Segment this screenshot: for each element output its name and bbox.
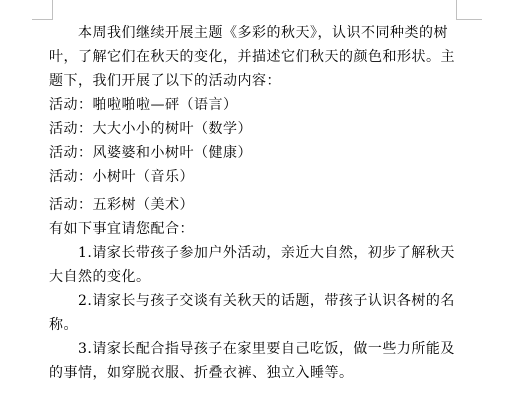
text-line[interactable]: 活动：小树叶（音乐）	[49, 165, 459, 189]
text-line[interactable]: 叶，了解它们在秋天的变化，并描述它们秋天的颜色和形状。主	[49, 45, 459, 69]
text-line[interactable]: 3.请家长配合指导孩子在家里要自己吃饭，做一些力所能及	[49, 337, 459, 361]
text-line[interactable]: 活动：大大小小的树叶（数学）	[49, 117, 459, 141]
text-line[interactable]: 称。	[49, 313, 459, 337]
text-line[interactable]: 有如下事宜请您配合：	[49, 217, 459, 241]
text-line[interactable]: 2.请家长与孩子交谈有关秋天的话题，带孩子认识各树的名	[49, 289, 459, 313]
text-line[interactable]: 活动：风婆婆和小树叶（健康）	[49, 141, 459, 165]
text-boundary-mark-top-right	[456, 0, 482, 20]
text-line[interactable]: 大自然的变化。	[49, 265, 459, 289]
text-line[interactable]: 活动：啪啦啪啦—砰（语言）	[49, 93, 459, 117]
text-line[interactable]: 1.请家长带孩子参加户外活动，亲近大自然，初步了解秋天	[49, 241, 459, 265]
document-page: 本周我们继续开展主题《多彩的秋天》，认识不同种类的树叶，了解它们在秋天的变化，并…	[0, 0, 508, 396]
document-text-area[interactable]: 本周我们继续开展主题《多彩的秋天》，认识不同种类的树叶，了解它们在秋天的变化，并…	[49, 21, 459, 385]
text-line[interactable]: 的事情，如穿脱衣服、折叠衣裤、独立入睡等。	[49, 361, 459, 385]
text-line[interactable]: 活动：五彩树（美术）	[49, 193, 459, 217]
text-boundary-mark-top-left	[32, 0, 53, 20]
document-lines: 本周我们继续开展主题《多彩的秋天》，认识不同种类的树叶，了解它们在秋天的变化，并…	[49, 21, 459, 385]
text-line[interactable]: 本周我们继续开展主题《多彩的秋天》，认识不同种类的树	[49, 21, 459, 45]
text-line[interactable]: 题下，我们开展了以下的活动内容：	[49, 69, 459, 93]
